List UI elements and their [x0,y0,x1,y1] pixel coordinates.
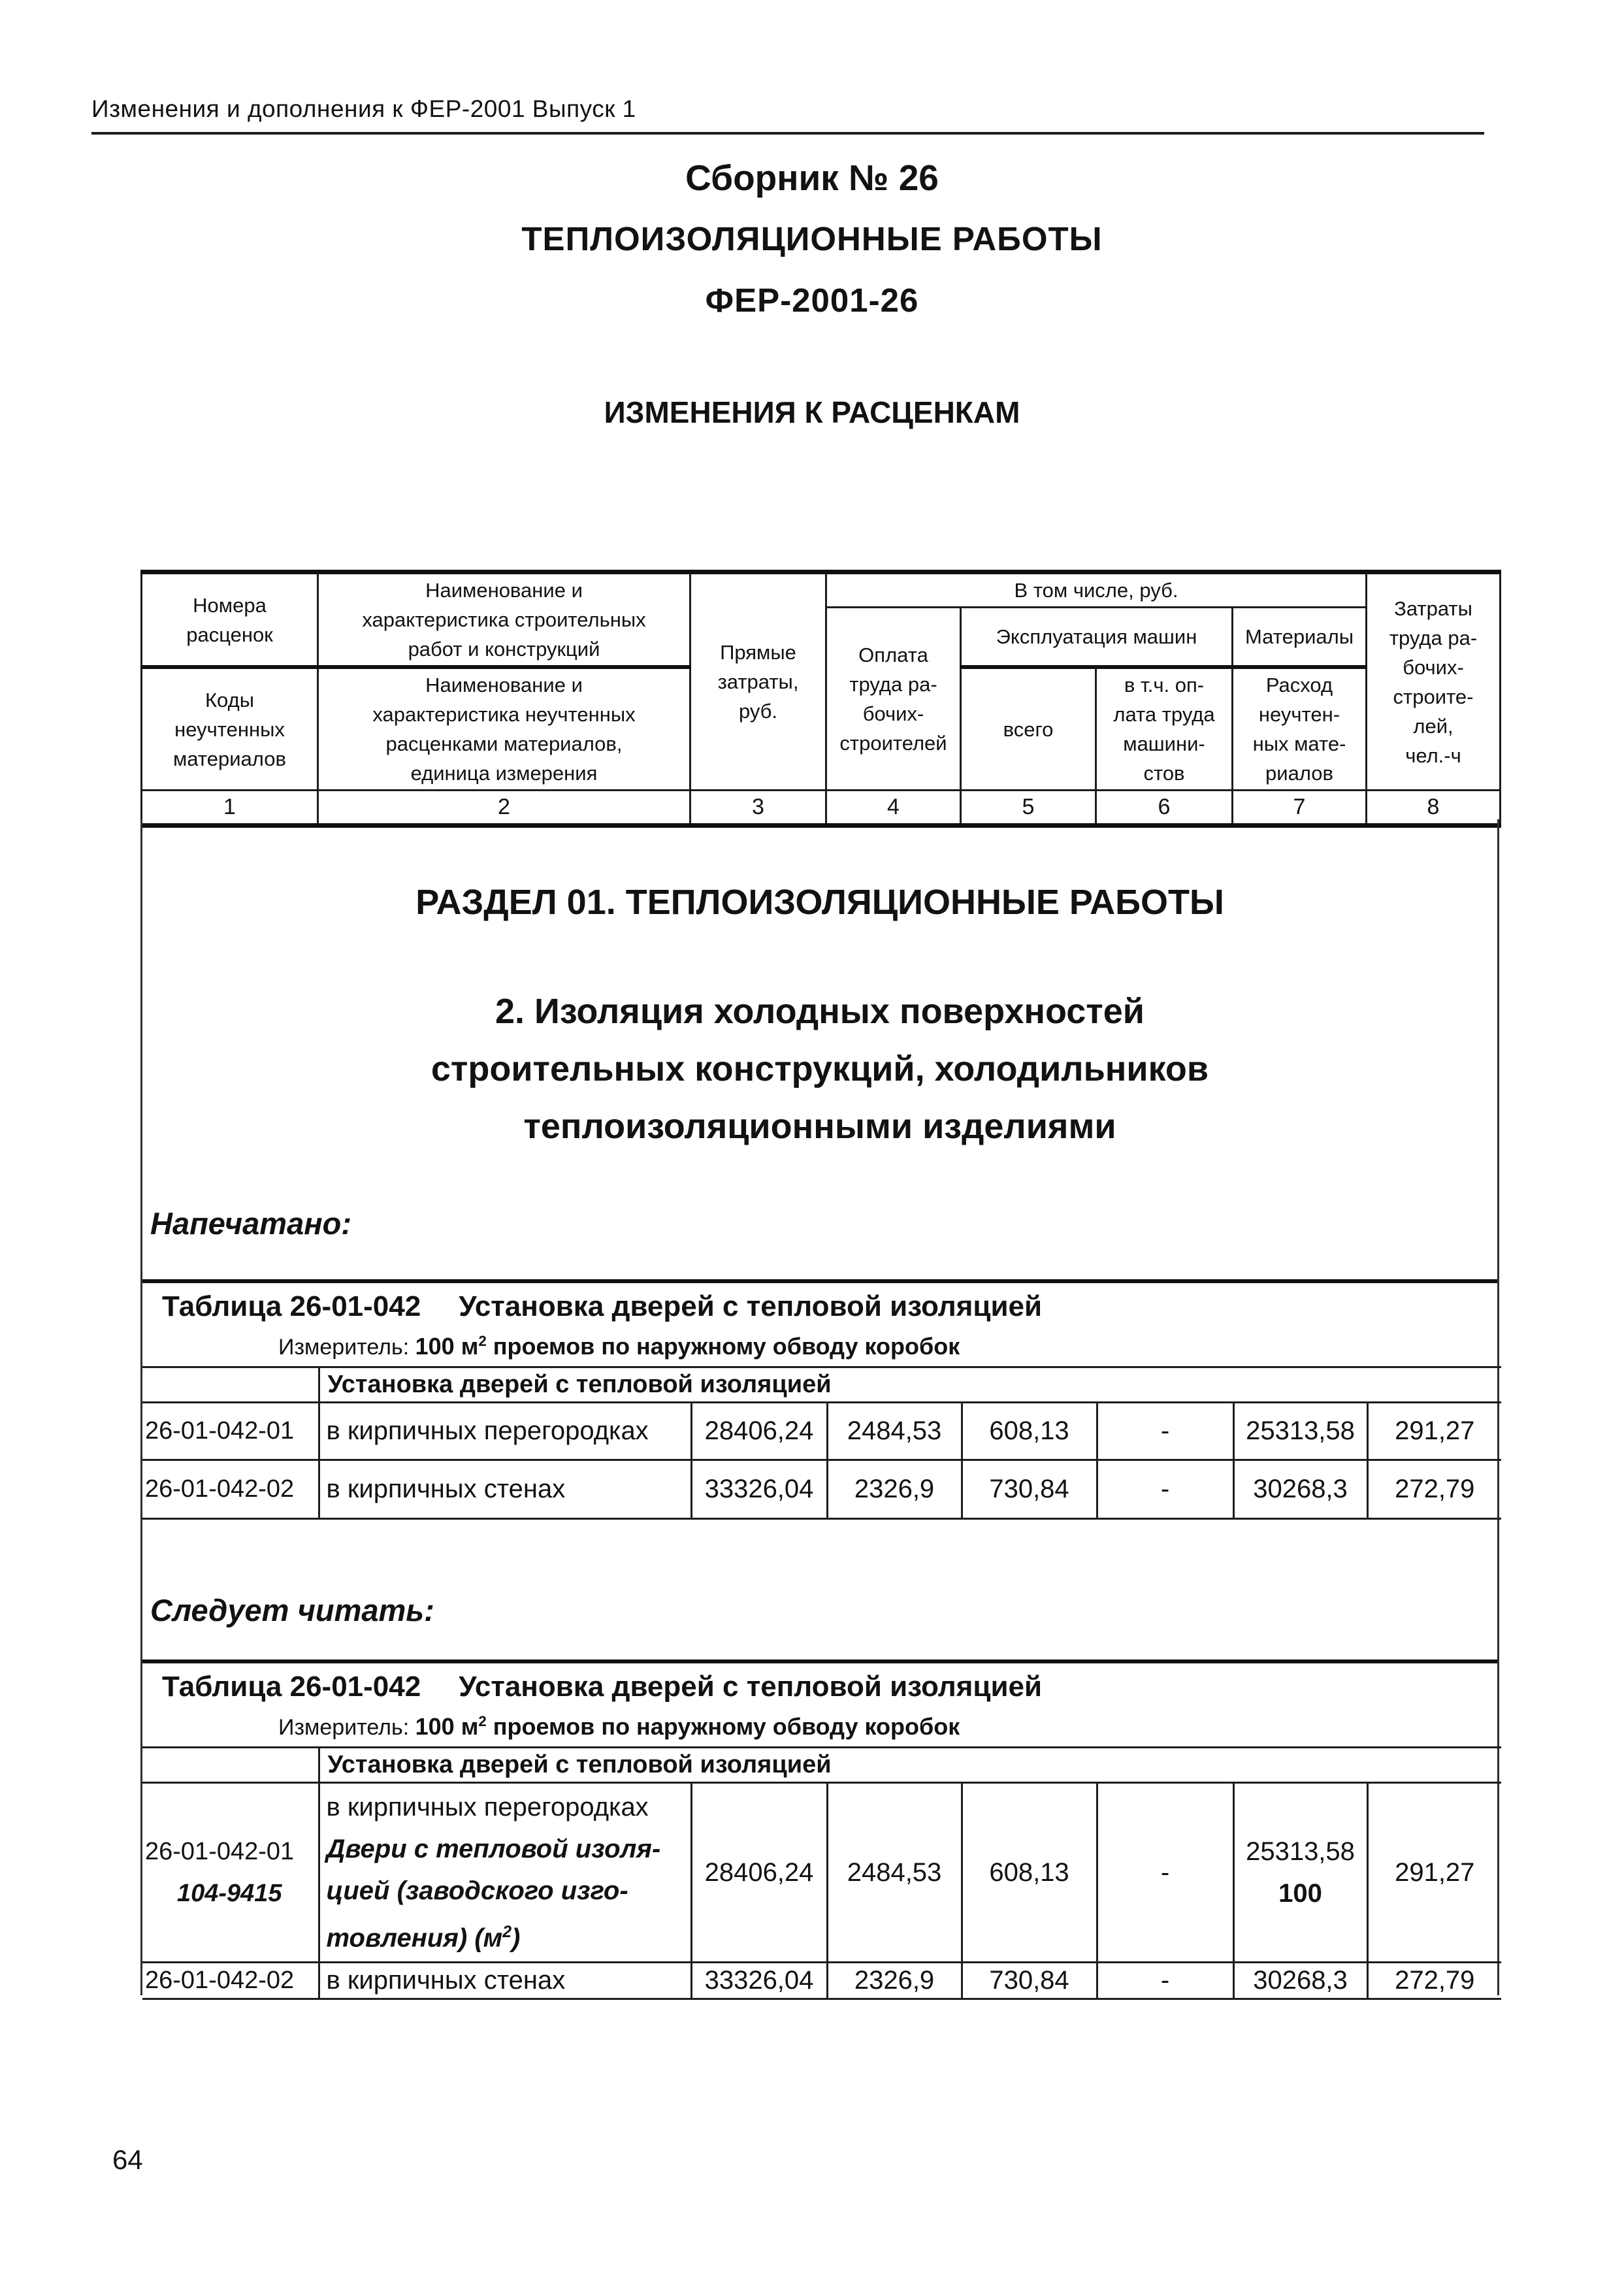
table-row: 26-01-042-02 в кирпичных стенах 33326,04… [142,1963,1501,1999]
value-labor-pay: 2326,9 [827,1963,962,1999]
table-measure: Измеритель: 100 м2 проемов по наружному … [162,1708,1491,1741]
measure-value: 100 м2 проемов по наружному обводу короб… [415,1713,960,1740]
value-labor-hours: 291,27 [1367,1783,1501,1963]
hdr-machines: Эксплуатация машин [961,608,1233,668]
rate-code-cell: 26-01-042-01 104-9415 [142,1783,319,1963]
value-materials: 25313,58 [1239,1831,1363,1872]
value-machines-total: 730,84 [962,1460,1097,1519]
group-header: Установка дверей с тепловой изоляцией [319,1748,1501,1783]
document-page: Изменения и дополнения к ФЕР-2001 Выпуск… [0,0,1624,2271]
rate-name: в кирпичных перегородках [327,1786,687,1828]
table-name: Установка дверей с тепловой изоляцией [459,1671,1042,1703]
corrected-rate-table: Таблица 26-01-042Установка дверей с тепл… [142,1659,1497,2000]
subsection-2-title: 2. Изоляция холодных поверхностей строит… [142,983,1497,1155]
hdr-col1-top: Номера расценок [142,572,318,668]
printed-label: Напечатано: [150,1205,351,1241]
value-direct-costs: 28406,24 [691,1783,827,1963]
superscript-2: 2 [478,1713,486,1729]
corrected-rate-grid: Установка дверей с тепловой изоляцией 26… [142,1746,1501,2000]
value-labor-pay: 2326,9 [827,1460,962,1519]
hdr-col8: Затраты труда ра- бочих- строите- лей, ч… [1367,572,1501,791]
table-code: Таблица 26-01-042 [162,1671,421,1703]
hdr-col5: всего [961,667,1096,791]
material-name-line: товления) (м2) [327,1912,687,1959]
value-direct-costs: 33326,04 [691,1460,827,1519]
code-title: ФЕР-2001-26 [0,281,1624,319]
value-materials: 25313,58 [1233,1403,1367,1460]
table-name: Установка дверей с тепловой изоляцией [459,1290,1042,1322]
rate-code: 26-01-042-01 [145,1831,314,1872]
rates-legend-table: Номера расценок Наименование и характери… [140,570,1501,828]
table-row: 26-01-042-02 в кирпичных стенах 33326,04… [142,1460,1501,1519]
rate-name-cell: в кирпичных перегородках Двери с теплово… [319,1783,691,1963]
value-machinist-pay: - [1097,1460,1233,1519]
value-machines-total: 608,13 [962,1403,1097,1460]
value-direct-costs: 33326,04 [691,1963,827,1999]
printed-rate-table: Таблица 26-01-042Установка дверей с тепл… [142,1279,1497,1520]
value-labor-hours: 272,79 [1367,1460,1501,1519]
value-machinist-pay: - [1097,1403,1233,1460]
hdr-materials: Материалы [1233,608,1367,668]
value-machines-total: 608,13 [962,1783,1097,1963]
table-title: Таблица 26-01-042Установка дверей с тепл… [162,1291,1491,1322]
hdr-col4: Оплата труда ра- бочих- строителей [826,608,961,791]
page-number: 64 [112,2144,143,2176]
table-row: 26-01-042-01 104-9415 в кирпичных перего… [142,1783,1501,1963]
rate-name: в кирпичных стенах [319,1460,691,1519]
hdr-including: В том числе, руб. [826,572,1367,608]
value-machines-total: 730,84 [962,1963,1097,1999]
hdr-col7: Расход неучтен- ных мате- риалов [1233,667,1367,791]
hdr-col1-bottom: Коды неучтенных материалов [142,667,318,791]
table-titlebar: Таблица 26-01-042Установка дверей с тепл… [142,1279,1497,1366]
value-materials-cell: 25313,58 100 [1233,1783,1367,1963]
rate-code: 26-01-042-02 [142,1963,319,1999]
material-code: 104-9415 [145,1872,314,1914]
value-materials: 30268,3 [1233,1460,1367,1519]
table-titlebar: Таблица 26-01-042Установка дверей с тепл… [142,1659,1497,1746]
hdr-col3: Прямые затраты, руб. [690,572,826,791]
running-header: Изменения и дополнения к ФЕР-2001 Выпуск… [91,95,1484,135]
material-quantity: 100 [1239,1872,1363,1914]
measure-label: Измеритель: [278,1715,409,1740]
value-labor-hours: 272,79 [1367,1963,1501,1999]
printed-rate-grid: Установка дверей с тепловой изоляцией 26… [142,1366,1501,1520]
value-direct-costs: 28406,24 [691,1403,827,1460]
changes-subtitle: ИЗМЕНЕНИЯ К РАСЦЕНКАМ [0,395,1624,430]
table-code: Таблица 26-01-042 [162,1290,421,1322]
empty-cell [142,1748,319,1783]
rate-name: в кирпичных стенах [319,1963,691,1999]
value-machinist-pay: - [1097,1783,1233,1963]
collection-title: Сборник № 26 [0,157,1624,199]
table-group-row: Установка дверей с тепловой изоляцией [142,1748,1501,1783]
group-header: Установка дверей с тепловой изоляцией [319,1367,1501,1403]
table-group-row: Установка дверей с тепловой изоляцией [142,1367,1501,1403]
measure-value: 100 м2 проемов по наружному обводу короб… [415,1333,960,1360]
rate-code: 26-01-042-01 [142,1403,319,1460]
material-name-line: Двери с тепловой изоля- [327,1828,687,1870]
content-box: РАЗДЕЛ 01. ТЕПЛОИЗОЛЯЦИОННЫЕ РАБОТЫ 2. И… [140,819,1499,1995]
superscript-2: 2 [502,1923,512,1941]
material-name-line: цией (заводского изго- [327,1870,687,1912]
value-materials: 30268,3 [1233,1963,1367,1999]
measure-label: Измеритель: [278,1335,409,1360]
works-title: ТЕПЛОИЗОЛЯЦИОННЫЕ РАБОТЫ [0,220,1624,258]
empty-cell [142,1367,319,1403]
value-labor-pay: 2484,53 [827,1783,962,1963]
hdr-col2-bottom: Наименование и характеристика неучтенных… [318,667,690,791]
hdr-col6: в т.ч. оп- лата труда машини- стов [1096,667,1233,791]
table-row: 26-01-042-01 в кирпичных перегородках 28… [142,1403,1501,1460]
section-01-title: РАЗДЕЛ 01. ТЕПЛОИЗОЛЯЦИОННЫЕ РАБОТЫ [142,882,1497,923]
superscript-2: 2 [478,1333,486,1349]
rate-name: в кирпичных перегородках [319,1403,691,1460]
value-labor-pay: 2484,53 [827,1403,962,1460]
rate-code: 26-01-042-02 [142,1460,319,1519]
value-machinist-pay: - [1097,1963,1233,1999]
table-title: Таблица 26-01-042Установка дверей с тепл… [162,1671,1491,1703]
value-labor-hours: 291,27 [1367,1403,1501,1460]
should-read-label: Следует читать: [150,1592,434,1628]
hdr-col2-top: Наименование и характеристика строительн… [318,572,690,668]
table-measure: Измеритель: 100 м2 проемов по наружному … [162,1328,1491,1361]
